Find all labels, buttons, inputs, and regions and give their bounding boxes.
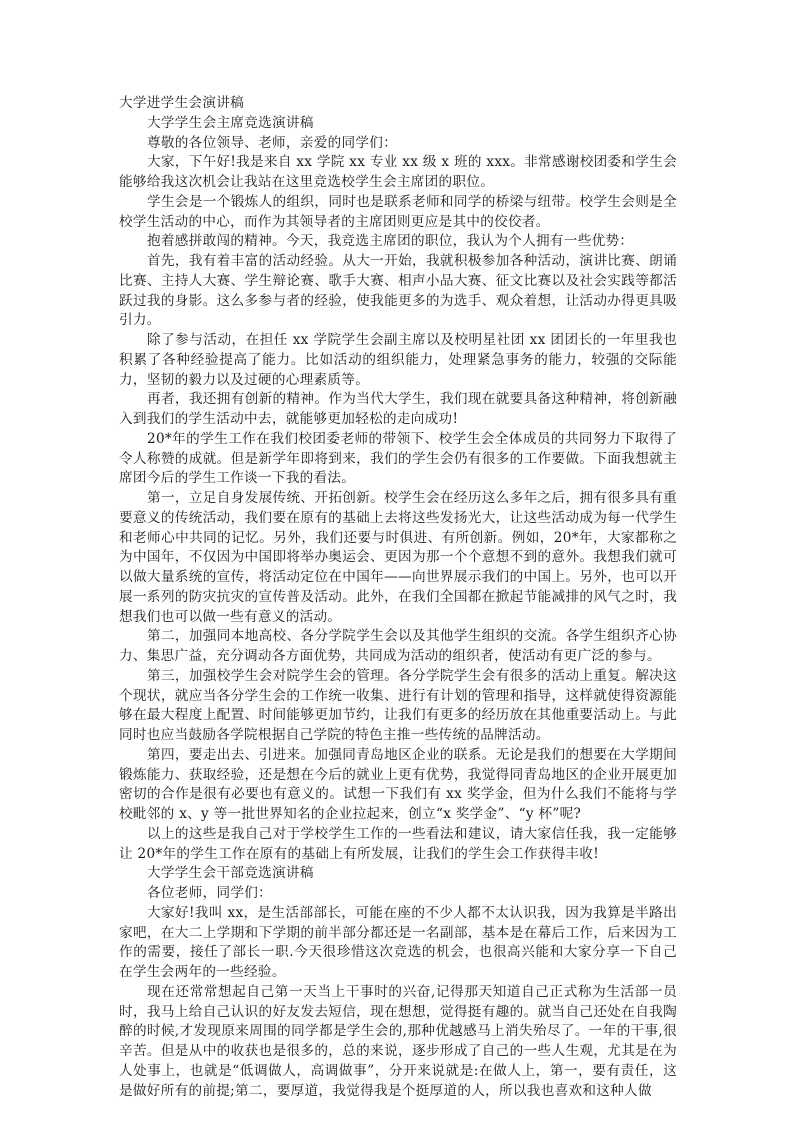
paragraph: 20*年的学生工作在我们校团委老师的带领下、校学生会全体成员的共同努力下取得了令… [119,430,677,489]
paragraph: 第二，加强同本地高校、各分学院学生会以及其他学生组织的交流。各学生组织齐心协力、… [119,627,677,667]
paragraph: 大家好!我叫 xx，是生活部部长，可能在座的不少人都不太认识我，因为我算是半路出… [119,904,677,983]
paragraph: 再者，我还拥有创新的精神。作为当代大学生，我们现在就要具备这种精神，将创新融入到… [119,390,677,430]
document-title: 大学进学生会演讲稿 [119,94,677,114]
paragraph: 现在还常常想起自己第一天当上干事时的兴奋,记得那天知道自己正式称为生活部一员时，… [119,983,677,1102]
section-2-salutation: 各位老师，同学们： [119,884,677,904]
paragraph: 抱着感拼敢闯的精神。今天，我竞选主席团的职位，我认为个人拥有一些优势： [119,232,677,252]
paragraph: 除了参与活动，在担任 xx 学院学生会副主席以及校明星社团 xx 团团长的一年里… [119,331,677,390]
section-1-salutation: 尊敬的各位领导、老师，亲爱的同学们： [119,134,677,154]
paragraph: 首先，我有着丰富的活动经验。从大一开始，我就积极参加各种活动，演讲比赛、朗诵比赛… [119,252,677,331]
paragraph: 学生会是一个锻炼人的组织，同时也是联系老师和同学的桥梁与纽带。校学生会则是全校学… [119,193,677,233]
paragraph: 第四，要走出去、引进来。加强同青岛地区企业的联系。无论是我们的想要在大学期间锻炼… [119,746,677,825]
paragraph: 以上的这些是我自己对于学校学生工作的一些看法和建议，请大家信任我，我一定能够让 … [119,825,677,865]
paragraph: 第三，加强校学生会对院学生会的管理。各分学院学生会有很多的活动上重复。解决这个现… [119,667,677,746]
paragraph: 第一，立足自身发展传统、开拓创新。校学生会在经历这么多年之后，拥有很多具有重要意… [119,489,677,627]
section-2-heading: 大学学生会干部竞选演讲稿 [119,864,677,884]
section-1-heading: 大学学生会主席竞选演讲稿 [119,114,677,134]
document-page: 大学进学生会演讲稿 大学学生会主席竞选演讲稿 尊敬的各位领导、老师，亲爱的同学们… [119,94,677,1101]
paragraph: 大家，下午好!我是来自 xx 学院 xx 专业 xx 级 x 班的 xxx。非常… [119,153,677,193]
